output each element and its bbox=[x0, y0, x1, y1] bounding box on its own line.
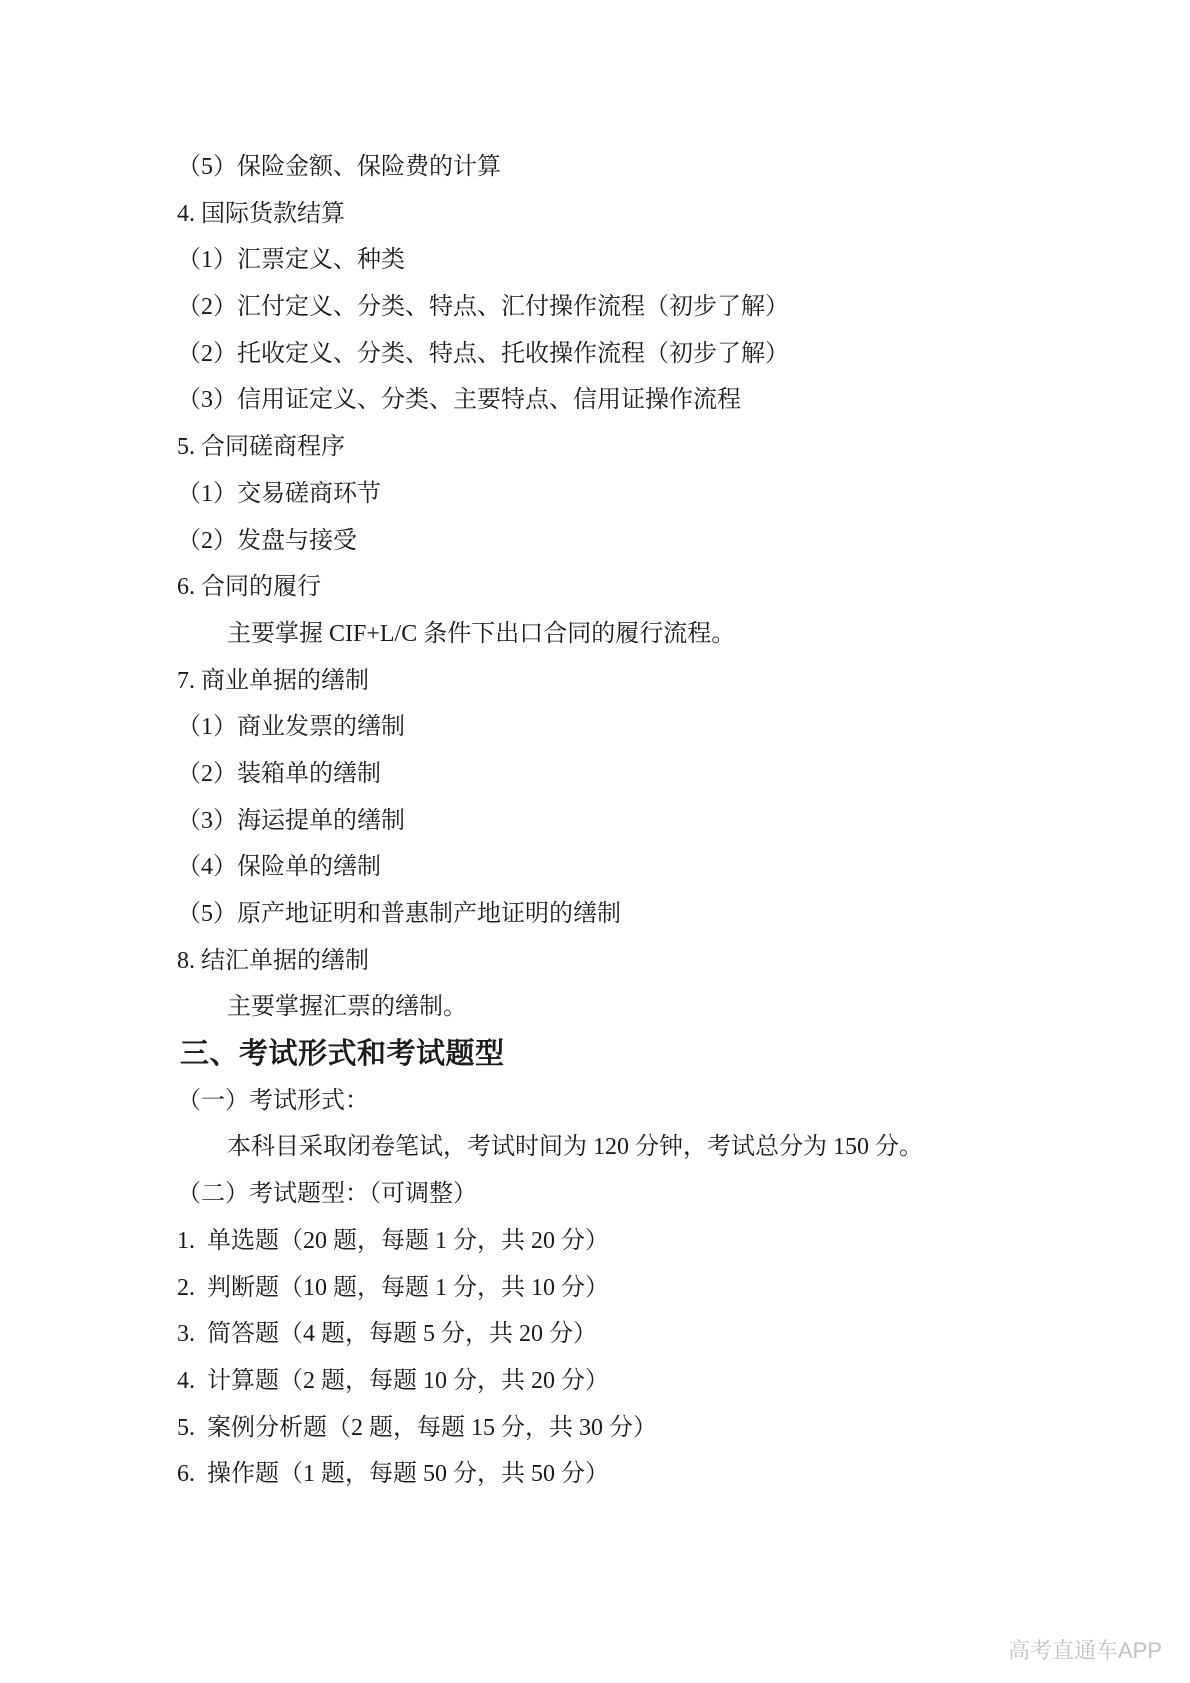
outline-item: 5. 合同磋商程序 bbox=[0, 424, 1190, 471]
outline-sub-item: （3）信用证定义、分类、主要特点、信用证操作流程 bbox=[0, 377, 1190, 424]
exam-type-item: 6. 操作题（1 题，每题 50 分，共 50 分） bbox=[0, 1451, 1190, 1498]
exam-types-label: （二）考试题型：（可调整） bbox=[0, 1171, 1190, 1218]
outline-sub-item: （1）商业发票的缮制 bbox=[0, 704, 1190, 751]
outline-sub-item: （5）保险金额、保险费的计算 bbox=[0, 144, 1190, 191]
exam-type-item: 5. 案例分析题（2 题，每题 15 分，共 30 分） bbox=[0, 1405, 1190, 1452]
outline-item: 7. 商业单据的缮制 bbox=[0, 658, 1190, 705]
outline-sub-item: （3）海运提单的缮制 bbox=[0, 798, 1190, 845]
outline-sub-item: （5）原产地证明和普惠制产地证明的缮制 bbox=[0, 891, 1190, 938]
exam-type-item: 1. 单选题（20 题，每题 1 分，共 20 分） bbox=[0, 1218, 1190, 1265]
watermark: 高考直通车APP bbox=[1008, 1634, 1162, 1665]
outline-sub-item: （2）汇付定义、分类、特点、汇付操作流程（初步了解） bbox=[0, 284, 1190, 331]
exam-type-item: 2. 判断题（10 题，每题 1 分，共 10 分） bbox=[0, 1265, 1190, 1312]
outline-sub-item: （2）发盘与接受 bbox=[0, 518, 1190, 565]
exam-type-item: 4. 计算题（2 题，每题 10 分，共 20 分） bbox=[0, 1358, 1190, 1405]
outline-sub-item: （1）汇票定义、种类 bbox=[0, 237, 1190, 284]
exam-format-label: （一）考试形式： bbox=[0, 1078, 1190, 1125]
section-heading: 三、考试形式和考试题型 bbox=[0, 1031, 1190, 1078]
outline-sub-item: （4）保险单的缮制 bbox=[0, 844, 1190, 891]
outline-sub-item: （2）装箱单的缮制 bbox=[0, 751, 1190, 798]
outline-item: 4. 国际货款结算 bbox=[0, 191, 1190, 238]
outline-note-line: 主要掌握 CIF+L/C 条件下出口合同的履行流程。 bbox=[0, 611, 1190, 658]
outline-item: 6. 合同的履行 bbox=[0, 564, 1190, 611]
outline-note-line: 主要掌握汇票的缮制。 bbox=[0, 984, 1190, 1031]
outline-sub-item: （2）托收定义、分类、特点、托收操作流程（初步了解） bbox=[0, 331, 1190, 378]
document-page: （5）保险金额、保险费的计算 4. 国际货款结算 （1）汇票定义、种类 （2）汇… bbox=[0, 0, 1190, 1683]
exam-format-detail: 本科目采取闭卷笔试，考试时间为 120 分钟，考试总分为 150 分。 bbox=[0, 1124, 1190, 1171]
document-body: （5）保险金额、保险费的计算 4. 国际货款结算 （1）汇票定义、种类 （2）汇… bbox=[0, 144, 1190, 1498]
outline-sub-item: （1）交易磋商环节 bbox=[0, 471, 1190, 518]
outline-item: 8. 结汇单据的缮制 bbox=[0, 938, 1190, 985]
exam-type-item: 3. 简答题（4 题，每题 5 分，共 20 分） bbox=[0, 1311, 1190, 1358]
